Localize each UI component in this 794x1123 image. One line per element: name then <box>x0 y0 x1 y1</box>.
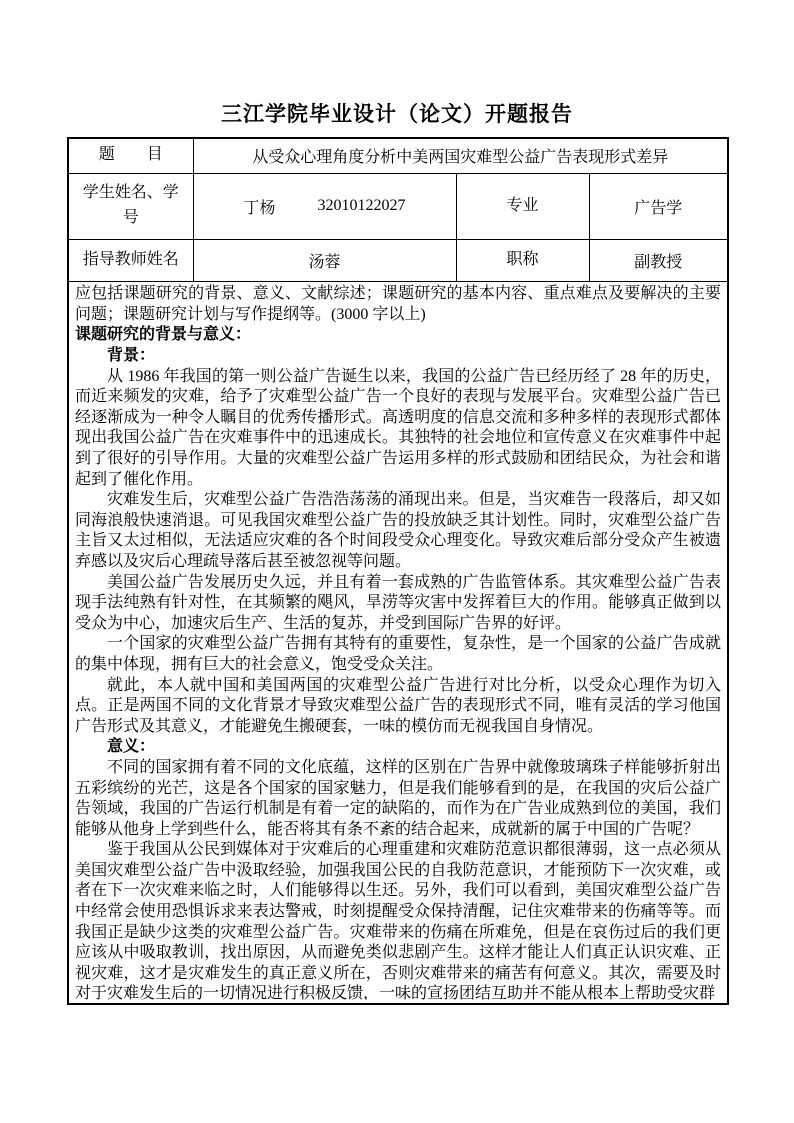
thesis-info-table: 题 目 从受众心理角度分析中美两国灾难型公益广告表现形式差异 学生姓名、学号 丁… <box>67 137 729 1005</box>
advisor-label: 指导教师姓名 <box>68 239 193 281</box>
significance-paragraph-2: 鉴于我国从公民到媒体对于灾难后的心理重建和灾难防范意识都很薄弱，这一点必须从美国… <box>75 840 721 1000</box>
significance-paragraph-1: 不同的国家拥有着不同的文化底蕴，这样的区别在广告界中就像玻璃珠子样能够折射出五彩… <box>75 758 721 840</box>
content-row: 应包括课题研究的背景、意义、文献综述；课题研究的基本内容、重点难点及要解决的主要… <box>68 281 728 1004</box>
background-paragraph-5: 就此，本人就中国和美国两国的灾难型公益广告进行对比分析，以受众心理作为切入点。正… <box>75 676 721 738</box>
instructions-text: 应包括课题研究的背景、意义、文献综述；课题研究的基本内容、重点难点及要解决的主要… <box>75 284 721 325</box>
rank-label: 职称 <box>456 239 589 281</box>
major-value: 广告学 <box>589 173 728 239</box>
significance-heading: 意义： <box>75 737 721 758</box>
student-name-id-label: 学生姓名、学号 <box>68 173 193 239</box>
student-id: 32010122027 <box>318 197 406 215</box>
topic-label: 题 目 <box>68 138 193 173</box>
advisor-name: 汤蓉 <box>193 239 456 281</box>
background-paragraph-2: 灾难发生后，灾难型公益广告浩浩荡荡的涌现出来。但是，当灾难告一段落后，却又如同海… <box>75 490 721 572</box>
major-label: 专业 <box>456 173 589 239</box>
student-name-id-wrap: 丁杨 32010122027 <box>200 195 450 218</box>
document-page: 三江学院毕业设计（论文）开题报告 题 目 从受众心理角度分析中美两国灾难型公益广… <box>0 0 794 1123</box>
rank-value: 副教授 <box>589 239 728 281</box>
topic-value: 从受众心理角度分析中美两国灾难型公益广告表现形式差异 <box>193 138 728 173</box>
topic-row: 题 目 从受众心理角度分析中美两国灾难型公益广告表现形式差异 <box>68 138 728 173</box>
student-name-id-cell: 丁杨 32010122027 <box>193 173 456 239</box>
background-paragraph-3: 美国公益广告发展历史久远，并且有着一套成熟的广告监管体系。其灾难型公益广告表现手… <box>75 573 721 635</box>
page-title: 三江学院毕业设计（论文）开题报告 <box>0 98 794 128</box>
content-cell: 应包括课题研究的背景、意义、文献综述；课题研究的基本内容、重点难点及要解决的主要… <box>68 281 728 1004</box>
section-heading: 课题研究的背景与意义： <box>75 325 721 346</box>
background-paragraph-4: 一个国家的灾难型公益广告拥有其特有的重要性，复杂性，是一个国家的公益广告成就的集… <box>75 634 721 675</box>
background-heading: 背景： <box>75 346 721 367</box>
student-name: 丁杨 <box>243 195 275 218</box>
content-body: 应包括课题研究的背景、意义、文献综述；课题研究的基本内容、重点难点及要解决的主要… <box>75 284 721 1000</box>
advisor-row: 指导教师姓名 汤蓉 职称 副教授 <box>68 239 728 281</box>
student-row: 学生姓名、学号 丁杨 32010122027 专业 广告学 <box>68 173 728 239</box>
background-paragraph-1: 从 1986 年我国的第一则公益广告诞生以来，我国的公益广告已经历经了 28 年… <box>75 367 721 491</box>
